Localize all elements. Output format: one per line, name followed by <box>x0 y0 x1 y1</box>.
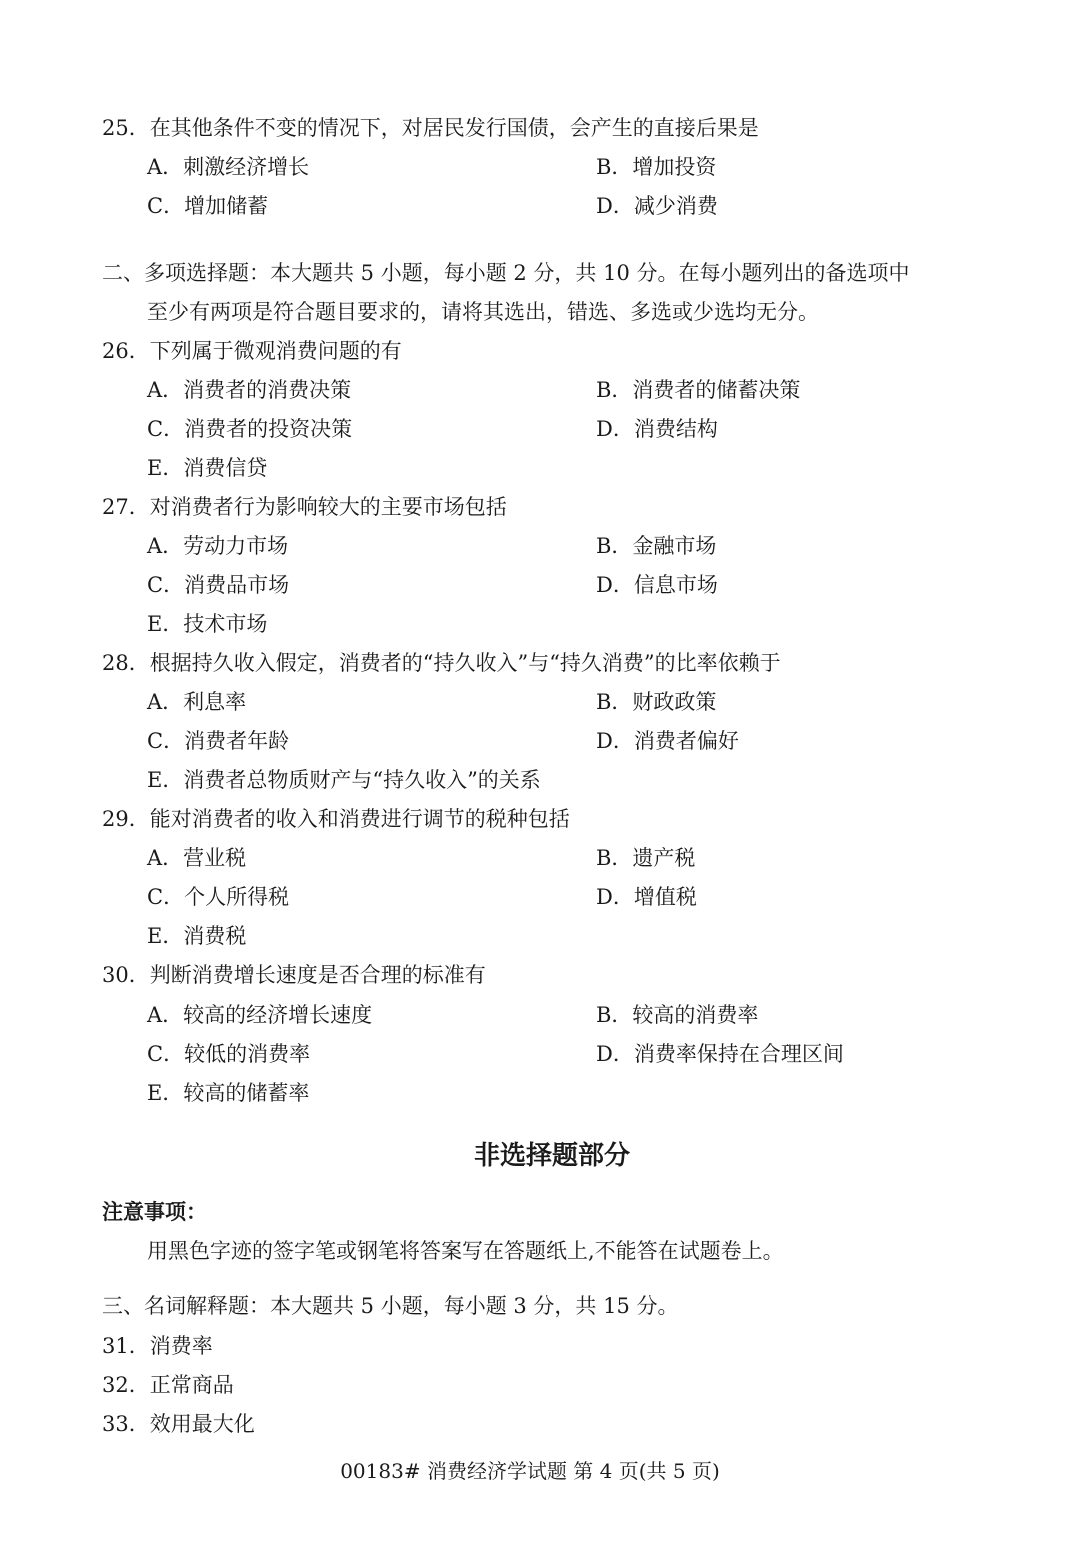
section-2-heading: 二、多项选择题：本大题共 5 小题，每小题 2 分，共 10 分。在每小题列出的… <box>102 259 910 287</box>
notice-text: 用黑色字迹的签字笔或钢笔将答案写在答题纸上,不能答在试题卷上。 <box>147 1237 784 1265</box>
question-25-option-a: A．刺激经济增长 <box>147 153 309 181</box>
term-33: 33．效用最大化 <box>102 1410 255 1438</box>
question-28-option-a: A．利息率 <box>147 688 246 716</box>
question-29-option-d: D．增值税 <box>596 883 697 911</box>
question-28-option-e: E．消费者总物质财产与“持久收入”的关系 <box>147 766 541 794</box>
question-27-option-d: D．信息市场 <box>596 571 718 599</box>
question-28-option-b: B．财政政策 <box>596 688 716 716</box>
question-30-option-b: B．较高的消费率 <box>596 1001 758 1029</box>
term-31: 31．消费率 <box>102 1332 213 1360</box>
question-25-stem: 25．在其他条件不变的情况下，对居民发行国债，会产生的直接后果是 <box>102 114 759 142</box>
question-25-option-b: B．增加投资 <box>596 153 716 181</box>
question-27-option-e: E．技术市场 <box>147 610 267 638</box>
question-25-option-d: D．减少消费 <box>596 192 718 220</box>
question-30-option-d: D．消费率保持在合理区间 <box>596 1040 844 1068</box>
question-26-option-c: C．消费者的投资决策 <box>147 415 352 443</box>
question-28-option-c: C．消费者年龄 <box>147 727 289 755</box>
question-28-stem: 28．根据持久收入假定，消费者的“持久收入”与“持久消费”的比率依赖于 <box>102 649 781 677</box>
section-2-instructions: 至少有两项是符合题目要求的，请将其选出，错选、多选或少选均无分。 <box>147 298 819 326</box>
question-29-option-c: C．个人所得税 <box>147 883 289 911</box>
question-26-option-a: A．消费者的消费决策 <box>147 376 351 404</box>
question-25-option-c: C．增加储蓄 <box>147 192 268 220</box>
question-27-option-a: A．劳动力市场 <box>147 532 288 560</box>
question-26-option-d: D．消费结构 <box>596 415 718 443</box>
question-29-option-b: B．遗产税 <box>596 844 695 872</box>
question-30-stem: 30．判断消费增长速度是否合理的标准有 <box>102 961 486 989</box>
question-27-option-b: B．金融市场 <box>596 532 716 560</box>
term-32: 32．正常商品 <box>102 1371 234 1399</box>
question-30-option-e: E．较高的储蓄率 <box>147 1079 309 1107</box>
question-29-option-e: E．消费税 <box>147 922 246 950</box>
part-title: 非选择题部分 <box>0 1142 1080 1170</box>
question-26-stem: 26．下列属于微观消费问题的有 <box>102 337 402 365</box>
question-28-option-d: D．消费者偏好 <box>596 727 739 755</box>
section-3-heading: 三、名词解释题：本大题共 5 小题，每小题 3 分，共 15 分。 <box>102 1292 679 1320</box>
question-30-option-c: C．较低的消费率 <box>147 1040 310 1068</box>
question-27-stem: 27．对消费者行为影响较大的主要市场包括 <box>102 493 507 521</box>
question-29-option-a: A．营业税 <box>147 844 246 872</box>
question-30-option-a: A．较高的经济增长速度 <box>147 1001 372 1029</box>
question-29-stem: 29．能对消费者的收入和消费进行调节的税种包括 <box>102 805 570 833</box>
question-26-option-b: B．消费者的储蓄决策 <box>596 376 800 404</box>
notice-label: 注意事项： <box>102 1198 207 1226</box>
page-footer: 00183# 消费经济学试题 第 4 页(共 5 页) <box>0 1457 1060 1485</box>
question-26-option-e: E．消费信贷 <box>147 454 267 482</box>
question-27-option-c: C．消费品市场 <box>147 571 289 599</box>
